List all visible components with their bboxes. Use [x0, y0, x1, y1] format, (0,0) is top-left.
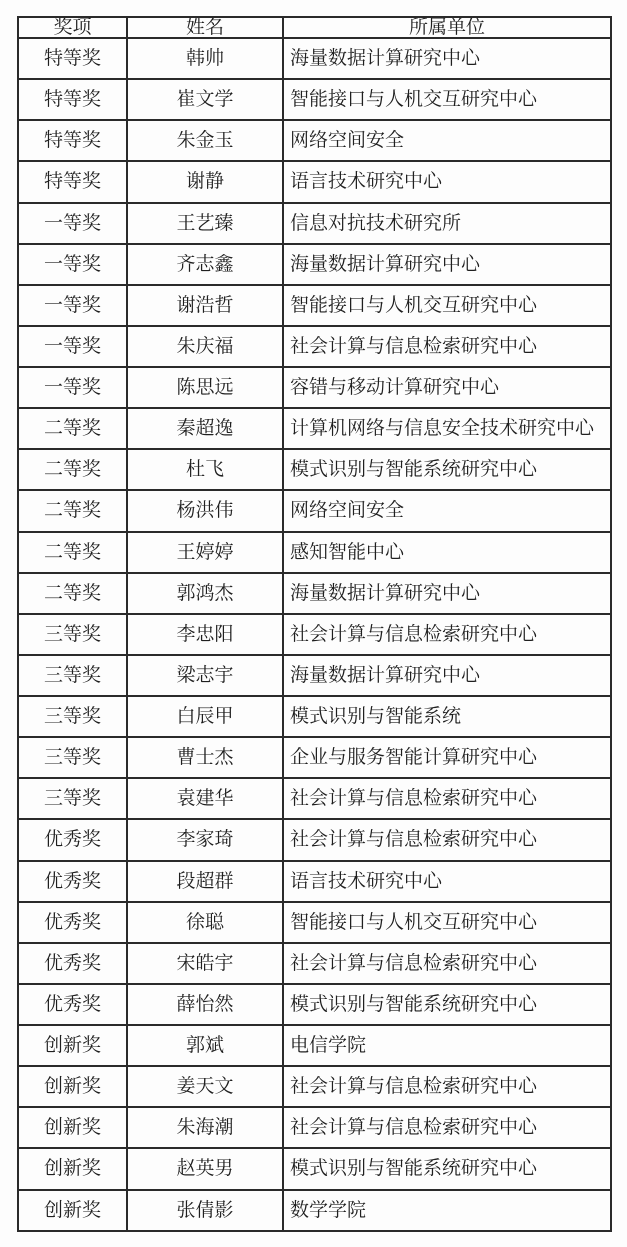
name-cell: 王艺臻	[127, 203, 283, 244]
table-row: 一等奖 陈思远 容错与移动计算研究中心	[18, 367, 611, 408]
unit-cell: 社会计算与信息检索研究中心	[283, 819, 611, 860]
unit-cell: 社会计算与信息检索研究中心	[283, 778, 611, 819]
unit-cell: 容错与移动计算研究中心	[283, 367, 611, 408]
award-cell: 优秀奖	[18, 984, 127, 1025]
table-row: 一等奖 谢浩哲 智能接口与人机交互研究中心	[18, 285, 611, 326]
name-cell: 郭斌	[127, 1025, 283, 1066]
table-row: 特等奖 崔文学 智能接口与人机交互研究中心	[18, 79, 611, 120]
name-cell: 张倩影	[127, 1190, 283, 1232]
name-cell: 李忠阳	[127, 614, 283, 655]
table-row: 三等奖 梁志宇 海量数据计算研究中心	[18, 655, 611, 696]
table-row: 特等奖 谢静 语言技术研究中心	[18, 161, 611, 202]
name-cell: 李家琦	[127, 819, 283, 860]
unit-cell: 计算机网络与信息安全技术研究中心	[283, 408, 611, 449]
awards-table: 奖项 姓名 所属单位 特等奖 韩帅 海量数据计算研究中心 特等奖 崔文学 智能接…	[17, 16, 612, 1232]
name-cell: 赵英男	[127, 1148, 283, 1189]
table-row: 特等奖 韩帅 海量数据计算研究中心	[18, 38, 611, 79]
table-row: 创新奖 郭斌 电信学院	[18, 1025, 611, 1066]
unit-cell: 社会计算与信息检索研究中心	[283, 1066, 611, 1107]
award-cell: 一等奖	[18, 285, 127, 326]
unit-cell: 模式识别与智能系统	[283, 696, 611, 737]
table-header-row: 奖项 姓名 所属单位	[18, 17, 611, 38]
unit-cell: 海量数据计算研究中心	[283, 38, 611, 79]
award-cell: 三等奖	[18, 655, 127, 696]
name-cell: 韩帅	[127, 38, 283, 79]
name-cell: 梁志宇	[127, 655, 283, 696]
award-cell: 优秀奖	[18, 861, 127, 902]
table-row: 优秀奖 段超群 语言技术研究中心	[18, 861, 611, 902]
name-cell: 崔文学	[127, 79, 283, 120]
name-cell: 王婷婷	[127, 532, 283, 573]
award-cell: 优秀奖	[18, 943, 127, 984]
award-cell: 创新奖	[18, 1107, 127, 1148]
unit-cell: 海量数据计算研究中心	[283, 573, 611, 614]
unit-cell: 语言技术研究中心	[283, 861, 611, 902]
unit-cell: 语言技术研究中心	[283, 161, 611, 202]
unit-cell: 电信学院	[283, 1025, 611, 1066]
award-cell: 二等奖	[18, 573, 127, 614]
header-unit: 所属单位	[283, 17, 611, 38]
unit-cell: 智能接口与人机交互研究中心	[283, 902, 611, 943]
unit-cell: 智能接口与人机交互研究中心	[283, 79, 611, 120]
name-cell: 薛怡然	[127, 984, 283, 1025]
document-page: 奖项 姓名 所属单位 特等奖 韩帅 海量数据计算研究中心 特等奖 崔文学 智能接…	[0, 0, 627, 1247]
table-row: 二等奖 王婷婷 感知智能中心	[18, 532, 611, 573]
unit-cell: 模式识别与智能系统研究中心	[283, 1148, 611, 1189]
unit-cell: 海量数据计算研究中心	[283, 655, 611, 696]
table-row: 创新奖 姜天文 社会计算与信息检索研究中心	[18, 1066, 611, 1107]
award-cell: 二等奖	[18, 449, 127, 490]
table-row: 优秀奖 薛怡然 模式识别与智能系统研究中心	[18, 984, 611, 1025]
table-row: 三等奖 李忠阳 社会计算与信息检索研究中心	[18, 614, 611, 655]
table-row: 三等奖 曹士杰 企业与服务智能计算研究中心	[18, 737, 611, 778]
name-cell: 杜飞	[127, 449, 283, 490]
unit-cell: 智能接口与人机交互研究中心	[283, 285, 611, 326]
name-cell: 朱海潮	[127, 1107, 283, 1148]
name-cell: 谢浩哲	[127, 285, 283, 326]
name-cell: 郭鸿杰	[127, 573, 283, 614]
table-row: 二等奖 杜飞 模式识别与智能系统研究中心	[18, 449, 611, 490]
table-row: 创新奖 朱海潮 社会计算与信息检索研究中心	[18, 1107, 611, 1148]
award-cell: 特等奖	[18, 38, 127, 79]
award-cell: 一等奖	[18, 367, 127, 408]
table-row: 创新奖 张倩影 数学学院	[18, 1190, 611, 1232]
header-name: 姓名	[127, 17, 283, 38]
name-cell: 曹士杰	[127, 737, 283, 778]
award-cell: 创新奖	[18, 1066, 127, 1107]
unit-cell: 企业与服务智能计算研究中心	[283, 737, 611, 778]
award-cell: 特等奖	[18, 120, 127, 161]
table-row: 优秀奖 宋皓宇 社会计算与信息检索研究中心	[18, 943, 611, 984]
unit-cell: 网络空间安全	[283, 120, 611, 161]
table-row: 二等奖 秦超逸 计算机网络与信息安全技术研究中心	[18, 408, 611, 449]
award-cell: 三等奖	[18, 778, 127, 819]
award-cell: 一等奖	[18, 244, 127, 285]
name-cell: 白辰甲	[127, 696, 283, 737]
award-cell: 三等奖	[18, 696, 127, 737]
name-cell: 秦超逸	[127, 408, 283, 449]
award-cell: 二等奖	[18, 408, 127, 449]
header-award: 奖项	[18, 17, 127, 38]
name-cell: 陈思远	[127, 367, 283, 408]
table-row: 二等奖 杨洪伟 网络空间安全	[18, 490, 611, 531]
award-cell: 一等奖	[18, 203, 127, 244]
table-row: 二等奖 郭鸿杰 海量数据计算研究中心	[18, 573, 611, 614]
unit-cell: 信息对抗技术研究所	[283, 203, 611, 244]
award-cell: 优秀奖	[18, 819, 127, 860]
table-row: 一等奖 朱庆福 社会计算与信息检索研究中心	[18, 326, 611, 367]
award-cell: 二等奖	[18, 490, 127, 531]
table-row: 优秀奖 李家琦 社会计算与信息检索研究中心	[18, 819, 611, 860]
award-cell: 优秀奖	[18, 902, 127, 943]
unit-cell: 海量数据计算研究中心	[283, 244, 611, 285]
name-cell: 杨洪伟	[127, 490, 283, 531]
unit-cell: 社会计算与信息检索研究中心	[283, 1107, 611, 1148]
name-cell: 段超群	[127, 861, 283, 902]
award-cell: 创新奖	[18, 1025, 127, 1066]
unit-cell: 模式识别与智能系统研究中心	[283, 984, 611, 1025]
name-cell: 徐聪	[127, 902, 283, 943]
award-cell: 二等奖	[18, 532, 127, 573]
unit-cell: 社会计算与信息检索研究中心	[283, 326, 611, 367]
award-cell: 三等奖	[18, 614, 127, 655]
name-cell: 姜天文	[127, 1066, 283, 1107]
unit-cell: 数学学院	[283, 1190, 611, 1232]
name-cell: 齐志鑫	[127, 244, 283, 285]
name-cell: 宋皓宇	[127, 943, 283, 984]
award-cell: 一等奖	[18, 326, 127, 367]
table-row: 三等奖 白辰甲 模式识别与智能系统	[18, 696, 611, 737]
award-cell: 特等奖	[18, 161, 127, 202]
unit-cell: 网络空间安全	[283, 490, 611, 531]
unit-cell: 感知智能中心	[283, 532, 611, 573]
award-cell: 创新奖	[18, 1190, 127, 1232]
table-row: 创新奖 赵英男 模式识别与智能系统研究中心	[18, 1148, 611, 1189]
table-row: 特等奖 朱金玉 网络空间安全	[18, 120, 611, 161]
name-cell: 朱庆福	[127, 326, 283, 367]
unit-cell: 模式识别与智能系统研究中心	[283, 449, 611, 490]
table-row: 一等奖 王艺臻 信息对抗技术研究所	[18, 203, 611, 244]
unit-cell: 社会计算与信息检索研究中心	[283, 614, 611, 655]
award-cell: 特等奖	[18, 79, 127, 120]
table-row: 优秀奖 徐聪 智能接口与人机交互研究中心	[18, 902, 611, 943]
award-cell: 创新奖	[18, 1148, 127, 1189]
table-row: 三等奖 袁建华 社会计算与信息检索研究中心	[18, 778, 611, 819]
name-cell: 朱金玉	[127, 120, 283, 161]
name-cell: 袁建华	[127, 778, 283, 819]
table-row: 一等奖 齐志鑫 海量数据计算研究中心	[18, 244, 611, 285]
table-body: 特等奖 韩帅 海量数据计算研究中心 特等奖 崔文学 智能接口与人机交互研究中心 …	[18, 38, 611, 1231]
name-cell: 谢静	[127, 161, 283, 202]
award-cell: 三等奖	[18, 737, 127, 778]
unit-cell: 社会计算与信息检索研究中心	[283, 943, 611, 984]
